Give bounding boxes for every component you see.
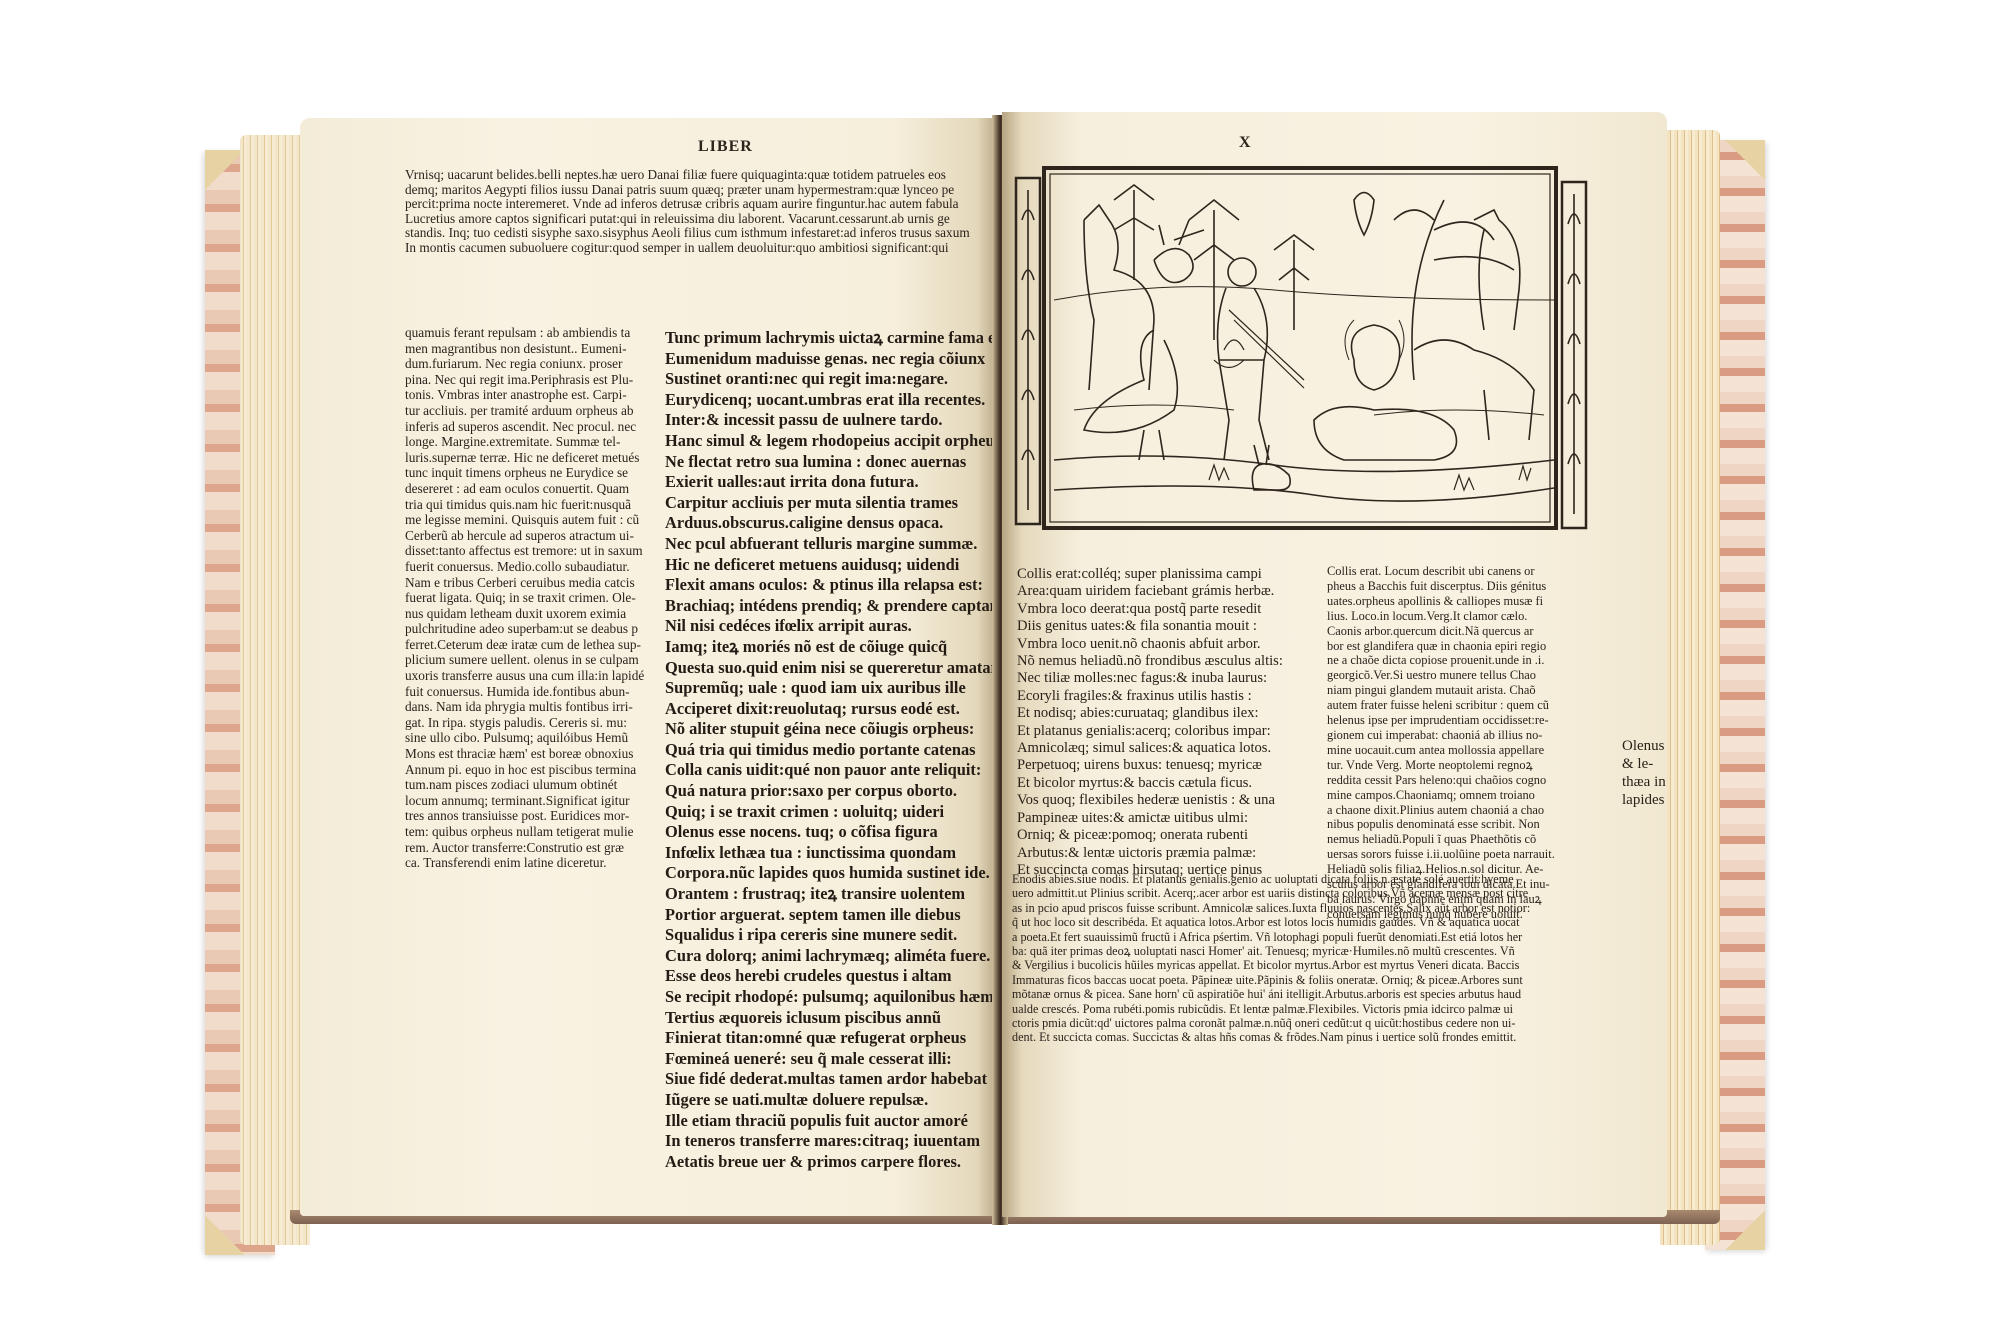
vellum-corner-bottom-left (205, 1215, 245, 1255)
verse-line: Exierit ualles:aut irrita dona futura. (665, 472, 1010, 493)
commentary-bottom-block: Enodis abies.siue nodis. Et platanus gen… (1012, 872, 1530, 1045)
commentary-line: nibus populis denominatá esse scribit. N… (1327, 817, 1555, 832)
verse-line: Nec pcul abfuerant telluris margine summ… (665, 534, 1010, 555)
commentary-line: mõtanæ ornus & picea. Sane horn' cũ aspi… (1012, 987, 1530, 1001)
right-page-edges (1660, 130, 1720, 1245)
commentary-line: sine ullo cibo. Pulsumq; aquilóibus Hemũ (405, 730, 644, 746)
commentary-line: mine uocauit.cum antea mollossia appella… (1327, 743, 1555, 758)
verse-line: Collis erat:colléq; super planissima cam… (1017, 566, 1283, 583)
commentary-line: gat. In ripa. stygis paludis. Cereris si… (405, 715, 644, 731)
verse-line: Supremũq; uale : quod iam uix auribus il… (665, 678, 1010, 699)
commentary-line: tur. Vnde Verg. Morte neoptolemi regnoꝝ (1327, 758, 1555, 773)
verse-line: Orantem : frustraq; iteꝝ transire uolent… (665, 884, 1010, 905)
commentary-line: tria qui timidus quis.nam hic fuerit:nus… (405, 497, 644, 513)
verse-line: Ne flectat retro sua lumina : donec auer… (665, 452, 1010, 473)
vellum-corner-top-left (205, 150, 245, 190)
verse-line: Diis genitus uates:& fila sonantia mouit… (1017, 618, 1283, 635)
verse-line: Orniq; & piceæ:pomoq; onerata rubenti (1017, 827, 1283, 844)
commentary-line: Lucretius amore captos significari putat… (405, 212, 990, 227)
poem-verses-left: Tunc primum lachrymis uictaꝝ carmine fam… (665, 328, 1010, 1172)
commentary-line: bor est glandifera quæ in chaonia epiri … (1327, 639, 1555, 654)
commentary-line: fuerat ligata. Quiq; in se traxit crimen… (405, 590, 644, 606)
verse-line: Eurydicenq; uocant.umbras erat illa rece… (665, 390, 1010, 411)
commentary-line: lius. Loco.in locum.Verg.It clamor cælo. (1327, 609, 1555, 624)
commentary-line: niam pingui glandem mutauit arista. Chaõ (1327, 683, 1555, 698)
commentary-line: Immaturas ficos baccas uocat poeta. Pãpi… (1012, 973, 1530, 987)
verse-line: Area:quam uiridem faciebant grámis herbæ… (1017, 583, 1283, 600)
left-page: LIBER Vrnisq; uacarunt belides.belli nep… (300, 118, 998, 1216)
verse-line: Corpora.nũc lapides quos humida sustinet… (665, 863, 1010, 884)
commentary-line: me legisse memini. Quisquis autem fuit :… (405, 512, 644, 528)
commentary-line: uates.orpheus apollinis & calliopes musæ… (1327, 594, 1555, 609)
commentary-line: autem frater fuisse heleni scribitur : q… (1327, 698, 1555, 713)
verse-line: Ecoryli fragiles:& fraxinus utilis hasti… (1017, 688, 1283, 705)
verse-line: Iamq; iteꝝ moriés nõ est de cõiuge quicq… (665, 637, 1010, 658)
verse-line: Sustinet oranti:nec qui regit ima:negare… (665, 369, 1010, 390)
commentary-line: nus quidam letheam duxit uxorem eximia (405, 606, 644, 622)
commentary-line: ualde crescés. Poma rubéti.pomis rubicũd… (1012, 1002, 1530, 1016)
verse-line: Acciperet dixit:reuolutaq; rursus eodé e… (665, 699, 1010, 720)
commentary-line: pheus a Bacchis fuit discerptus. Diis gé… (1327, 579, 1555, 594)
running-head-folio: X (1239, 134, 1252, 152)
commentary-line: as in pcio apud priscos fuisse scribunt.… (1012, 901, 1530, 915)
commentary-line: Vrnisq; uacarunt belides.belli neptes.hæ… (405, 168, 990, 183)
commentary-line: ctoris pmia dicũt:qd' uictores palma cor… (1012, 1016, 1530, 1030)
verse-line: Squalidus i ripa cereris sine munere sed… (665, 925, 1010, 946)
commentary-line: Collis erat. Locum describit ubi canens … (1327, 564, 1555, 579)
commentary-line: tur accliuis. per tramité arduum orpheus… (405, 403, 644, 419)
commentary-line: locum annumq; terminant.Significat igitu… (405, 793, 644, 809)
verse-line: Iũgere se uati.multæ doluere repulsæ. (665, 1090, 1010, 1111)
verse-line: Vmbra loco deerat:qua postq̃ parte resed… (1017, 601, 1283, 618)
commentary-line: plicium sumere uellent. olenus in se cul… (405, 652, 644, 668)
verse-line: Vos quoq; flexibiles hederæ uenistis : &… (1017, 792, 1283, 809)
verse-line: Olenus esse nocens. tuq; o cõfisa figura (665, 822, 1010, 843)
verse-line: Tunc primum lachrymis uictaꝝ carmine fam… (665, 328, 1010, 349)
verse-line: Flexit amans oculos: & ptinus illa relap… (665, 575, 1010, 596)
running-head-liber: LIBER (698, 138, 753, 156)
commentary-line: men magrantibus non desistunt.. Eumeni- (405, 341, 644, 357)
poem-verses-right: Collis erat:colléq; super planissima cam… (1017, 566, 1283, 879)
woodcut-orpheus-illustration (1014, 160, 1589, 538)
commentary-line: tonis. Vmbras inter anastrophe est. Carp… (405, 387, 644, 403)
marginal-note: Olenus & le- thæa in lapides (1622, 737, 1666, 809)
commentary-line: percit:prima nocte interemeret. Vnde ad … (405, 197, 990, 212)
verse-line: Brachiaq; intédens prendiq; & prendere c… (665, 596, 1010, 617)
verse-line: Tertius æquoreis iclusum piscibus annũ (665, 1008, 1010, 1029)
commentary-line: tem: quibus orpheus nullam tetigerat mul… (405, 824, 644, 840)
verse-line: Nil nisi cedéces ifœlix arripit auras. (665, 616, 1010, 637)
commentary-line: standis. Inq; tuo cedisti sisyphe saxo.s… (405, 226, 990, 241)
verse-line: Colla canis uidit:qué non pauor ante rel… (665, 760, 1010, 781)
commentary-line: Cerberũ ab hercule ad superos atractum u… (405, 528, 644, 544)
marginal-note-line: Olenus (1622, 737, 1666, 755)
commentary-line: ne a chaõe dicta copiose prouenit.unde i… (1327, 653, 1555, 668)
verse-line: Et bicolor myrtus:& baccis cætula ficus. (1017, 775, 1283, 792)
commentary-line: gionem cui imperabat: chaoniá ab illius … (1327, 728, 1555, 743)
commentary-line: & Vergilius i bucolicis hũiles myricas a… (1012, 958, 1530, 972)
verse-line: Perpetuoq; uirens buxus: tenuesq; myricæ (1017, 757, 1283, 774)
commentary-line: In montis cacumen subuoluere cogitur:quo… (405, 241, 990, 256)
verse-line: Quiq; i se traxit crimen : uoluitq; uide… (665, 802, 1010, 823)
verse-line: Arduus.obscurus.caligine densus opaca. (665, 513, 1010, 534)
commentary-line: ca. Transferendi enim latine diceretur. (405, 855, 644, 871)
commentary-line: helenus ipse per imprudentiam occidisset… (1327, 713, 1555, 728)
commentary-line: fuit conuersus. Humida ide.fontibus abun… (405, 684, 644, 700)
verse-line: Inter:& incessit passu de uulnere tardo. (665, 410, 1010, 431)
commentary-line: dum.furiarum. Nec regia coniunx. proser (405, 356, 644, 372)
right-page: X (1002, 112, 1667, 1217)
commentary-line: ba: quã iter primas deoꝝ uoluptati nasci… (1012, 944, 1530, 958)
vellum-corner-top-right (1725, 140, 1765, 180)
verse-line: Carpitur accliuis per muta silentia tram… (665, 493, 1010, 514)
verse-line: Finierat titan:omné quæ refugerat orpheu… (665, 1028, 1010, 1049)
commentary-line: disset:tanto affectus est tremore: ut in… (405, 543, 644, 559)
commentary-line: reddita cessit Pars heleno:qui chaõios c… (1327, 773, 1555, 788)
verse-line: In teneros transferre mares:citraq; iuue… (665, 1131, 1010, 1152)
commentary-line: demq; maritos Aegypti filios iussu Danai… (405, 183, 990, 198)
verse-line: Hanc simul & legem rhodopeius accipit or… (665, 431, 1010, 452)
commentary-line: luris.supernæ terræ. Hic ne deficeret me… (405, 450, 644, 466)
verse-line: Nõ nemus heliadũ.nõ frondibus æsculus al… (1017, 653, 1283, 670)
commentary-line: mine campos.Chaoniamq; omnem troiano (1327, 788, 1555, 803)
commentary-line: q̃ ut hoc loco sit describéda. Et aquati… (1012, 915, 1530, 929)
commentary-line: uero admittit.ut Plinius scribit. Acerq;… (1012, 886, 1530, 900)
commentary-line: ferret.Ceterum deæ iratæ cum de lethea s… (405, 637, 644, 653)
verse-line: Aetatis breue uer & primos carpere flore… (665, 1152, 1010, 1173)
commentary-line: dent. Et succicta comas. Succictas & alt… (1012, 1030, 1530, 1044)
verse-line: Cura dolorq; animi lachrymæq; aliméta fu… (665, 946, 1010, 967)
commentary-line: pina. Nec qui regit ima.Periphrasis est … (405, 372, 644, 388)
marginal-note-line: thæa in (1622, 773, 1666, 791)
verse-line: Hic ne deficeret metuens auidusq; uidend… (665, 555, 1010, 576)
commentary-line: tum.nam pisces zodiaci ulumum obtinét (405, 777, 644, 793)
commentary-line: rem. Auctor transferre:Construtio est gr… (405, 840, 644, 856)
verse-line: Se recipit rhodopé: pulsumq; aquilonibus… (665, 987, 1010, 1008)
commentary-line: tunc inquit timens orpheus ne Eurydice s… (405, 465, 644, 481)
verse-line: Amnicolæq; simul salices:& aquatica loto… (1017, 740, 1283, 757)
commentary-line: uersas sorors fuisse i.ii.uolũine poeta … (1327, 847, 1555, 862)
commentary-line: desereret : ad eam oculos conuertit. Qua… (405, 481, 644, 497)
open-book: LIBER Vrnisq; uacarunt belides.belli nep… (0, 0, 2000, 1335)
commentary-line: a poeta.Et fert suauissimũ fructũ i Afri… (1012, 930, 1530, 944)
commentary-column-left: quamuis ferant repulsam : ab ambiendis t… (405, 325, 644, 871)
commentary-line: Caonis arbor.quercum dicit.Nã quercus ar (1327, 624, 1555, 639)
verse-line: Et platanus genialis:acerq; coloribus im… (1017, 723, 1283, 740)
commentary-line: georgicõ.Ver.Si uestro munere tellus Cha… (1327, 668, 1555, 683)
commentary-line: fuerit conuersus. Medio.collo subaudiatu… (405, 559, 644, 575)
commentary-line: pulchritudine adeo superbam:ut se deabus… (405, 621, 644, 637)
verse-line: Et nodisq; abies:curuataq; glandibus ile… (1017, 705, 1283, 722)
commentary-line: tres annos transiuisse post. Euridices m… (405, 808, 644, 824)
commentary-line: Annum pi. equo in hoc est piscibus termi… (405, 762, 644, 778)
commentary-line: longe. Margine.extremitate. Summæ tel- (405, 434, 644, 450)
verse-line: Fœmineá ueneré: seu q̃ male cesserat ill… (665, 1049, 1010, 1070)
verse-line: Siue fidé dederat.multas tamen ardor hab… (665, 1069, 1010, 1090)
verse-line: Ille etiam thraciũ populis fuit auctor a… (665, 1111, 1010, 1132)
commentary-column-right: Collis erat. Locum describit ubi canens … (1327, 564, 1555, 922)
verse-line: Eumenidum maduisse genas. nec regia cõiu… (665, 349, 1010, 370)
verse-line: Infœlix lethæa tua : iunctissima quondam (665, 843, 1010, 864)
verse-line: Quá tria qui timidus medio portante cate… (665, 740, 1010, 761)
commentary-line: quamuis ferant repulsam : ab ambiendis t… (405, 325, 644, 341)
marginal-note-line: & le- (1622, 755, 1666, 773)
verse-line: Nõ aliter stupuit géina nece cõiugis orp… (665, 719, 1010, 740)
commentary-line: uxoris transferre ausus una cum illa:in … (405, 668, 644, 684)
commentary-top-block: Vrnisq; uacarunt belides.belli neptes.hæ… (405, 168, 990, 256)
verse-line: Arbutus:& lentæ uictoris præmia palmæ: (1017, 845, 1283, 862)
verse-line: Nec tiliæ molles:nec fagus:& inuba lauru… (1017, 670, 1283, 687)
commentary-line: Nam e tribus Cerberi ceruibus media catc… (405, 575, 644, 591)
commentary-line: inferis ad superos ascendit. Nec procul.… (405, 419, 644, 435)
verse-line: Questa suo.quid enim nisi se quereretur … (665, 658, 1010, 679)
verse-line: Portior arguerat. septem tamen ille dieb… (665, 905, 1010, 926)
marginal-note-line: lapides (1622, 791, 1666, 809)
commentary-line: dans. Nam ida phrygia multis fontibus ir… (405, 699, 644, 715)
commentary-line: Mons est thraciæ hæm' est boreæ obnoxius (405, 746, 644, 762)
verse-line: Quá natura prior:saxo per corpus oborto. (665, 781, 1010, 802)
vellum-corner-bottom-right (1725, 1210, 1765, 1250)
commentary-line: Enodis abies.siue nodis. Et platanus gen… (1012, 872, 1530, 886)
commentary-line: nemus heliadũ.Populi ĩ quas Phaethõtis c… (1327, 832, 1555, 847)
verse-line: Vmbra loco uenit.nõ chaonis abfuit arbor… (1017, 636, 1283, 653)
commentary-line: a chaone dixit.Plinius autem chaoniá a c… (1327, 803, 1555, 818)
verse-line: Esse deos herebi crudeles questus i alta… (665, 966, 1010, 987)
verse-line: Pampineæ uites:& amictæ uitibus ulmi: (1017, 810, 1283, 827)
